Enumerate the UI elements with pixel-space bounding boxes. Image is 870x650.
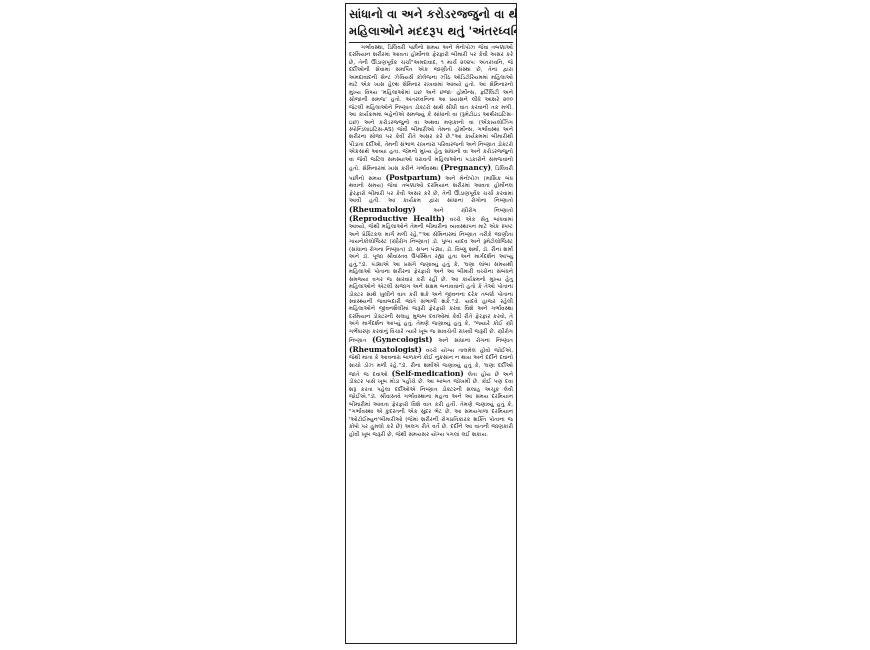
body-text: લેતા હોય છે અને ડોક્ટર પાસે ખૂબ મોડા પહો… bbox=[349, 372, 513, 438]
body-text: ગર્ભાવસ્થા, ડિલિવરી પછીનો સમય અને મેનોપો… bbox=[349, 45, 513, 172]
body-text: અને સાંધાના રોગના નિષ્ણાત bbox=[432, 338, 513, 344]
english-term: (Rheumatology) bbox=[349, 205, 416, 214]
article-body: ગર્ભાવસ્થા, ડિલિવરી પછીનો સમય અને મેનોપો… bbox=[349, 45, 513, 439]
english-term: (Rheumatologist) bbox=[349, 345, 422, 354]
english-term: (Pregnancy) bbox=[440, 163, 491, 172]
english-term: (Postpartum) bbox=[386, 173, 441, 182]
body-text: અને સ્ત્રીરોગ નિષ્ણાતો bbox=[416, 208, 513, 214]
english-term: (Reproductive Health) bbox=[349, 214, 445, 223]
article-headline: સાંધાનો વા અને કરોડરજ્જુનો વા થી પીડાતી … bbox=[349, 6, 513, 43]
english-term: (Gynecologist) bbox=[372, 335, 432, 344]
headline-line-1: સાંધાનો વા અને કરોડરજ્જુનો વા થી પીડાતી bbox=[349, 6, 513, 23]
english-term: (Self-medication) bbox=[392, 369, 464, 378]
newspaper-clipping: સાંધાનો વા અને કરોડરજ્જુનો વા થી પીડાતી … bbox=[345, 3, 517, 644]
headline-line-2: મહિલાઓને મદદરૂપ થતું 'અંતરધ્વનિ' bbox=[349, 23, 513, 40]
body-text: વચ્ચે એક સેતુ બાંધવામાં આવ્યો, જેથી મહિલ… bbox=[349, 217, 513, 344]
